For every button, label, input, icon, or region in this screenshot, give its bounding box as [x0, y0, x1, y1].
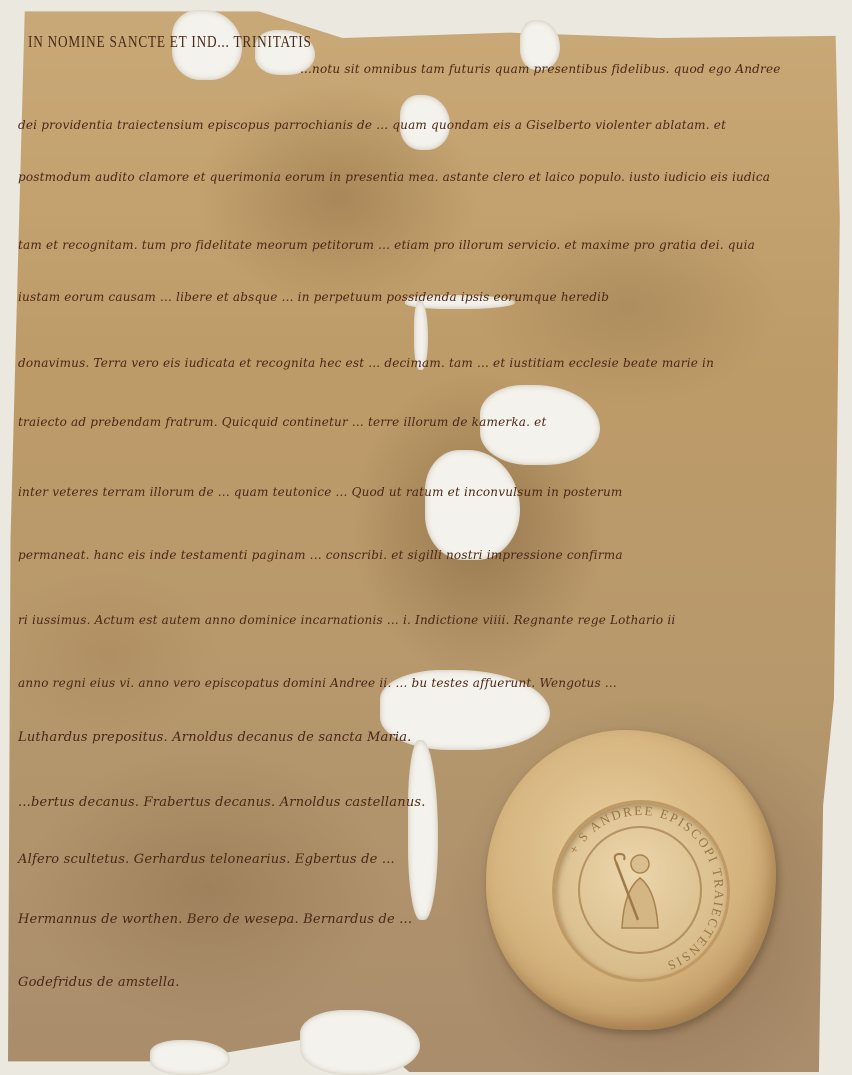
text-line-13: ...bertus decanus. Frabertus decanus. Ar… [18, 795, 426, 810]
text-line-7: traiecto ad prebendam fratrum. Quicquid … [18, 415, 547, 429]
text-line-11: anno regni eius vi. anno vero episcopatu… [18, 676, 617, 690]
text-line-10: ri iussimus. Actum est autem anno domini… [18, 613, 675, 627]
text-line-15: Hermannus de worthen. Bero de wesepa. Be… [18, 912, 412, 927]
text-line-8: inter veteres terram illorum de ... quam… [18, 485, 622, 499]
text-line-4: tam et recognitam. tum pro fidelitate me… [18, 238, 755, 252]
text-line-1: ...notu sit omnibus tam futuris quam pre… [300, 62, 781, 76]
text-line-2: dei providentia traiectensium episcopus … [18, 118, 726, 132]
tear-bottom-left [150, 1040, 230, 1075]
text-line-6: donavimus. Terra vero eis iudicata et re… [18, 356, 714, 370]
text-line-9: permaneat. hanc eis inde testamenti pagi… [18, 548, 623, 562]
text-line-16: Godefridus de amstella. [18, 975, 180, 990]
text-line-5: iustam eorum causam ... libere et absque… [18, 290, 609, 304]
seal-bishop-figure-icon [608, 850, 668, 930]
text-line-14: Alfero scultetus. Gerhardus telonearius.… [18, 852, 395, 867]
text-line-3: postmodum audito clamore et querimonia e… [18, 170, 770, 184]
text-line-12: Luthardus prepositus. Arnoldus decanus d… [18, 730, 412, 745]
charter-heading: In nomine sancte et ind... trinitatis [28, 32, 312, 52]
